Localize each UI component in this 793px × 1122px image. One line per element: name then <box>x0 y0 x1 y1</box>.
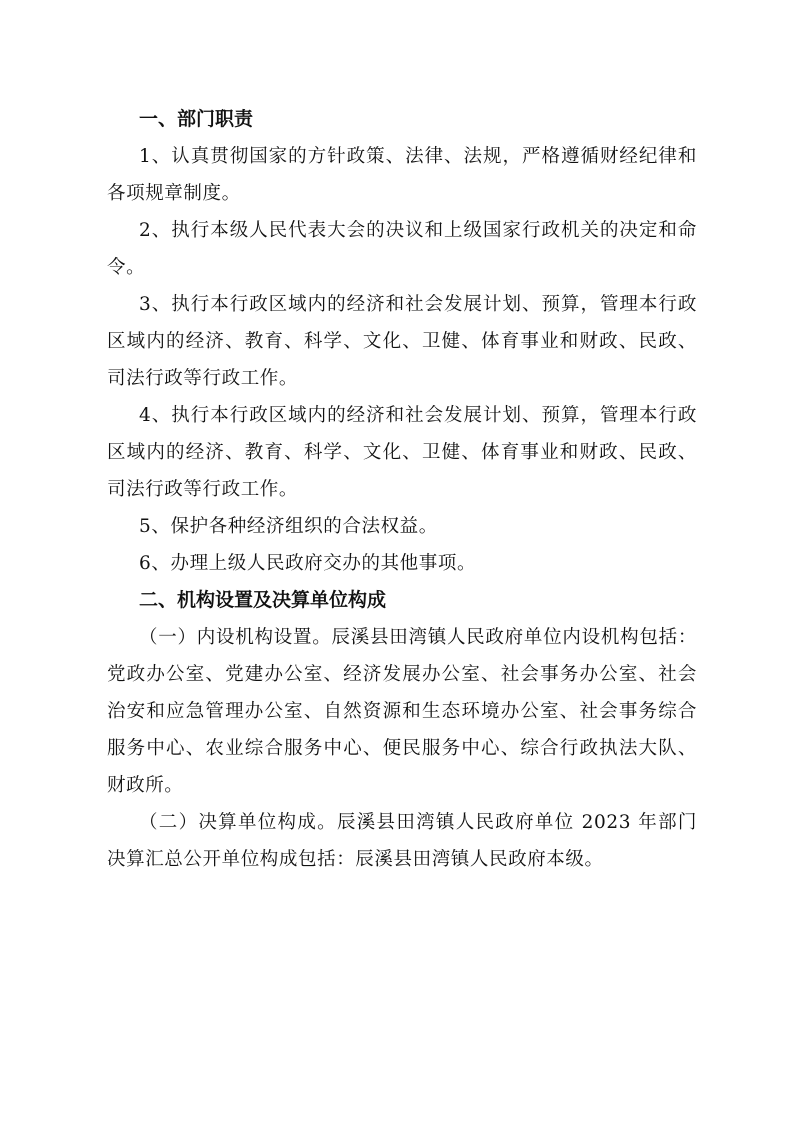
paragraph-internal-structure: （一）内设机构设置。辰溪县田湾镇人民政府单位内设机构包括：党政办公室、党建办公室… <box>107 619 697 804</box>
paragraph-duty-1: 1、认真贯彻国家的方针政策、法律、法规，严格遵循财经纪律和各项规章制度。 <box>107 138 697 212</box>
section-heading-responsibilities: 一、部门职责 <box>107 101 697 138</box>
paragraph-duty-6: 6、办理上级人民政府交办的其他事项。 <box>107 545 697 582</box>
paragraph-duty-5: 5、保护各种经济组织的合法权益。 <box>107 508 697 545</box>
paragraph-reporting-units: （二）决算单位构成。辰溪县田湾镇人民政府单位 2023 年部门决算汇总公开单位构… <box>107 804 697 878</box>
paragraph-duty-2: 2、执行本级人民代表大会的决议和上级国家行政机关的决定和命令。 <box>107 212 697 286</box>
section-heading-organization: 二、机构设置及决算单位构成 <box>107 582 697 619</box>
paragraph-duty-3: 3、执行本行政区域内的经济和社会发展计划、预算，管理本行政区域内的经济、教育、科… <box>107 286 697 397</box>
paragraph-duty-4: 4、执行本行政区域内的经济和社会发展计划、预算，管理本行政区域内的经济、教育、科… <box>107 397 697 508</box>
document-page: 一、部门职责 1、认真贯彻国家的方针政策、法律、法规，严格遵循财经纪律和各项规章… <box>107 101 697 878</box>
